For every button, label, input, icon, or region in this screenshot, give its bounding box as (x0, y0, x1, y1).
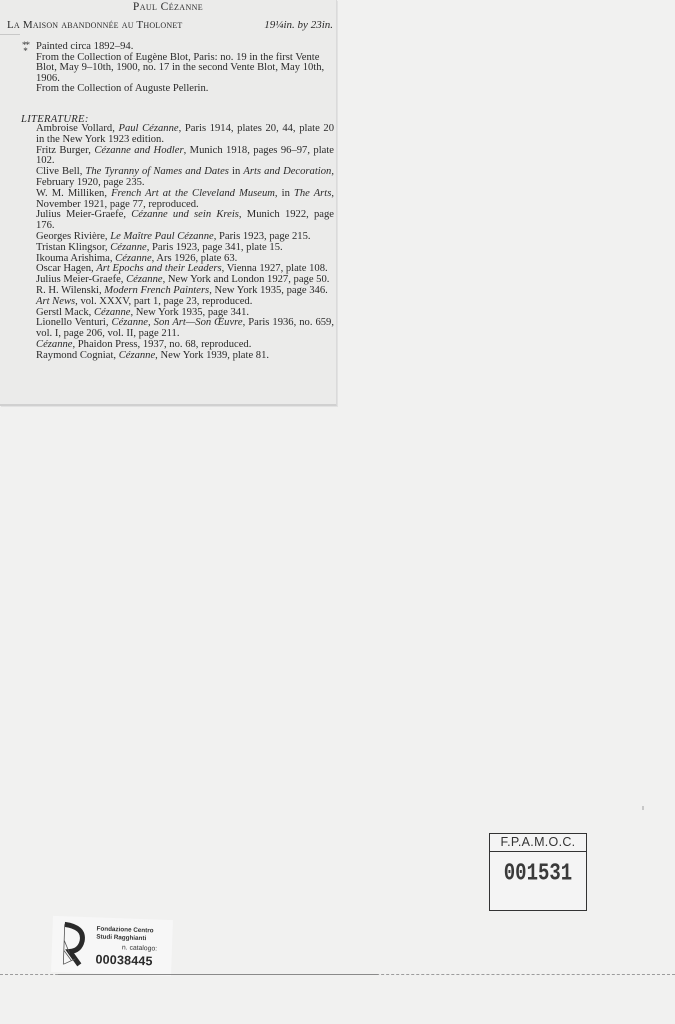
literature-entry: Julius Meier-Graefe, Cézanne und sein Kr… (36, 210, 334, 232)
literature-list: Ambroise Vollard, Paul Cézanne, Paris 19… (36, 124, 334, 362)
literature-entry: Raymond Cogniat, Cézanne, New York 1939,… (36, 351, 334, 362)
cut-line-solid (58, 974, 378, 975)
provenance-line: Painted circa 1892–94. (36, 42, 336, 53)
label-organization: Fondazione Centro Studi Ragghianti (96, 925, 154, 943)
catalog-label: Fondazione Centro Studi Ragghianti n. ca… (51, 916, 173, 976)
ragghianti-r-logo-icon (57, 920, 87, 967)
stamp-number: 001531 (490, 859, 586, 887)
literature-entry: Fritz Burger, Cézanne and Hodler, Munich… (36, 146, 334, 168)
asterisk-marker-icon: ** * (22, 42, 29, 54)
title-row: La Maison abandonnée au Tholonet 19¼in. … (7, 19, 335, 31)
artist-name: Paul Cézanne (0, 0, 336, 14)
stamp-heading: F.P.A.M.O.C. (490, 834, 586, 852)
artwork-title: La Maison abandonnée au Tholonet (7, 19, 183, 31)
paper-speck (642, 806, 644, 810)
literature-entry: Lionello Venturi, Cézanne, Son Art—Son Œ… (36, 318, 334, 340)
catalog-number: 00038445 (95, 952, 153, 968)
fpamoc-stamp: F.P.A.M.O.C. 001531 (489, 833, 587, 911)
provenance-block: Painted circa 1892–94.From the Collectio… (36, 42, 336, 95)
literature-entry: Ambroise Vollard, Paul Cézanne, Paris 19… (36, 124, 334, 146)
literature-entry: W. M. Milliken, French Art at the Clevel… (36, 189, 334, 211)
provenance-line: From the Collection of Auguste Pellerin. (36, 84, 336, 95)
divider (0, 34, 20, 35)
org-line-2: Studi Ragghianti (96, 933, 153, 943)
provenance-line: From the Collection of Eugène Blot, Pari… (36, 53, 336, 85)
catalog-number-label: n. catalogo: (122, 944, 157, 952)
artwork-dimensions: 19¼in. by 23in. (264, 19, 335, 31)
catalogue-clipping: Paul Cézanne La Maison abandonnée au Tho… (0, 0, 337, 406)
literature-entry: Clive Bell, The Tyranny of Names and Dat… (36, 167, 334, 189)
